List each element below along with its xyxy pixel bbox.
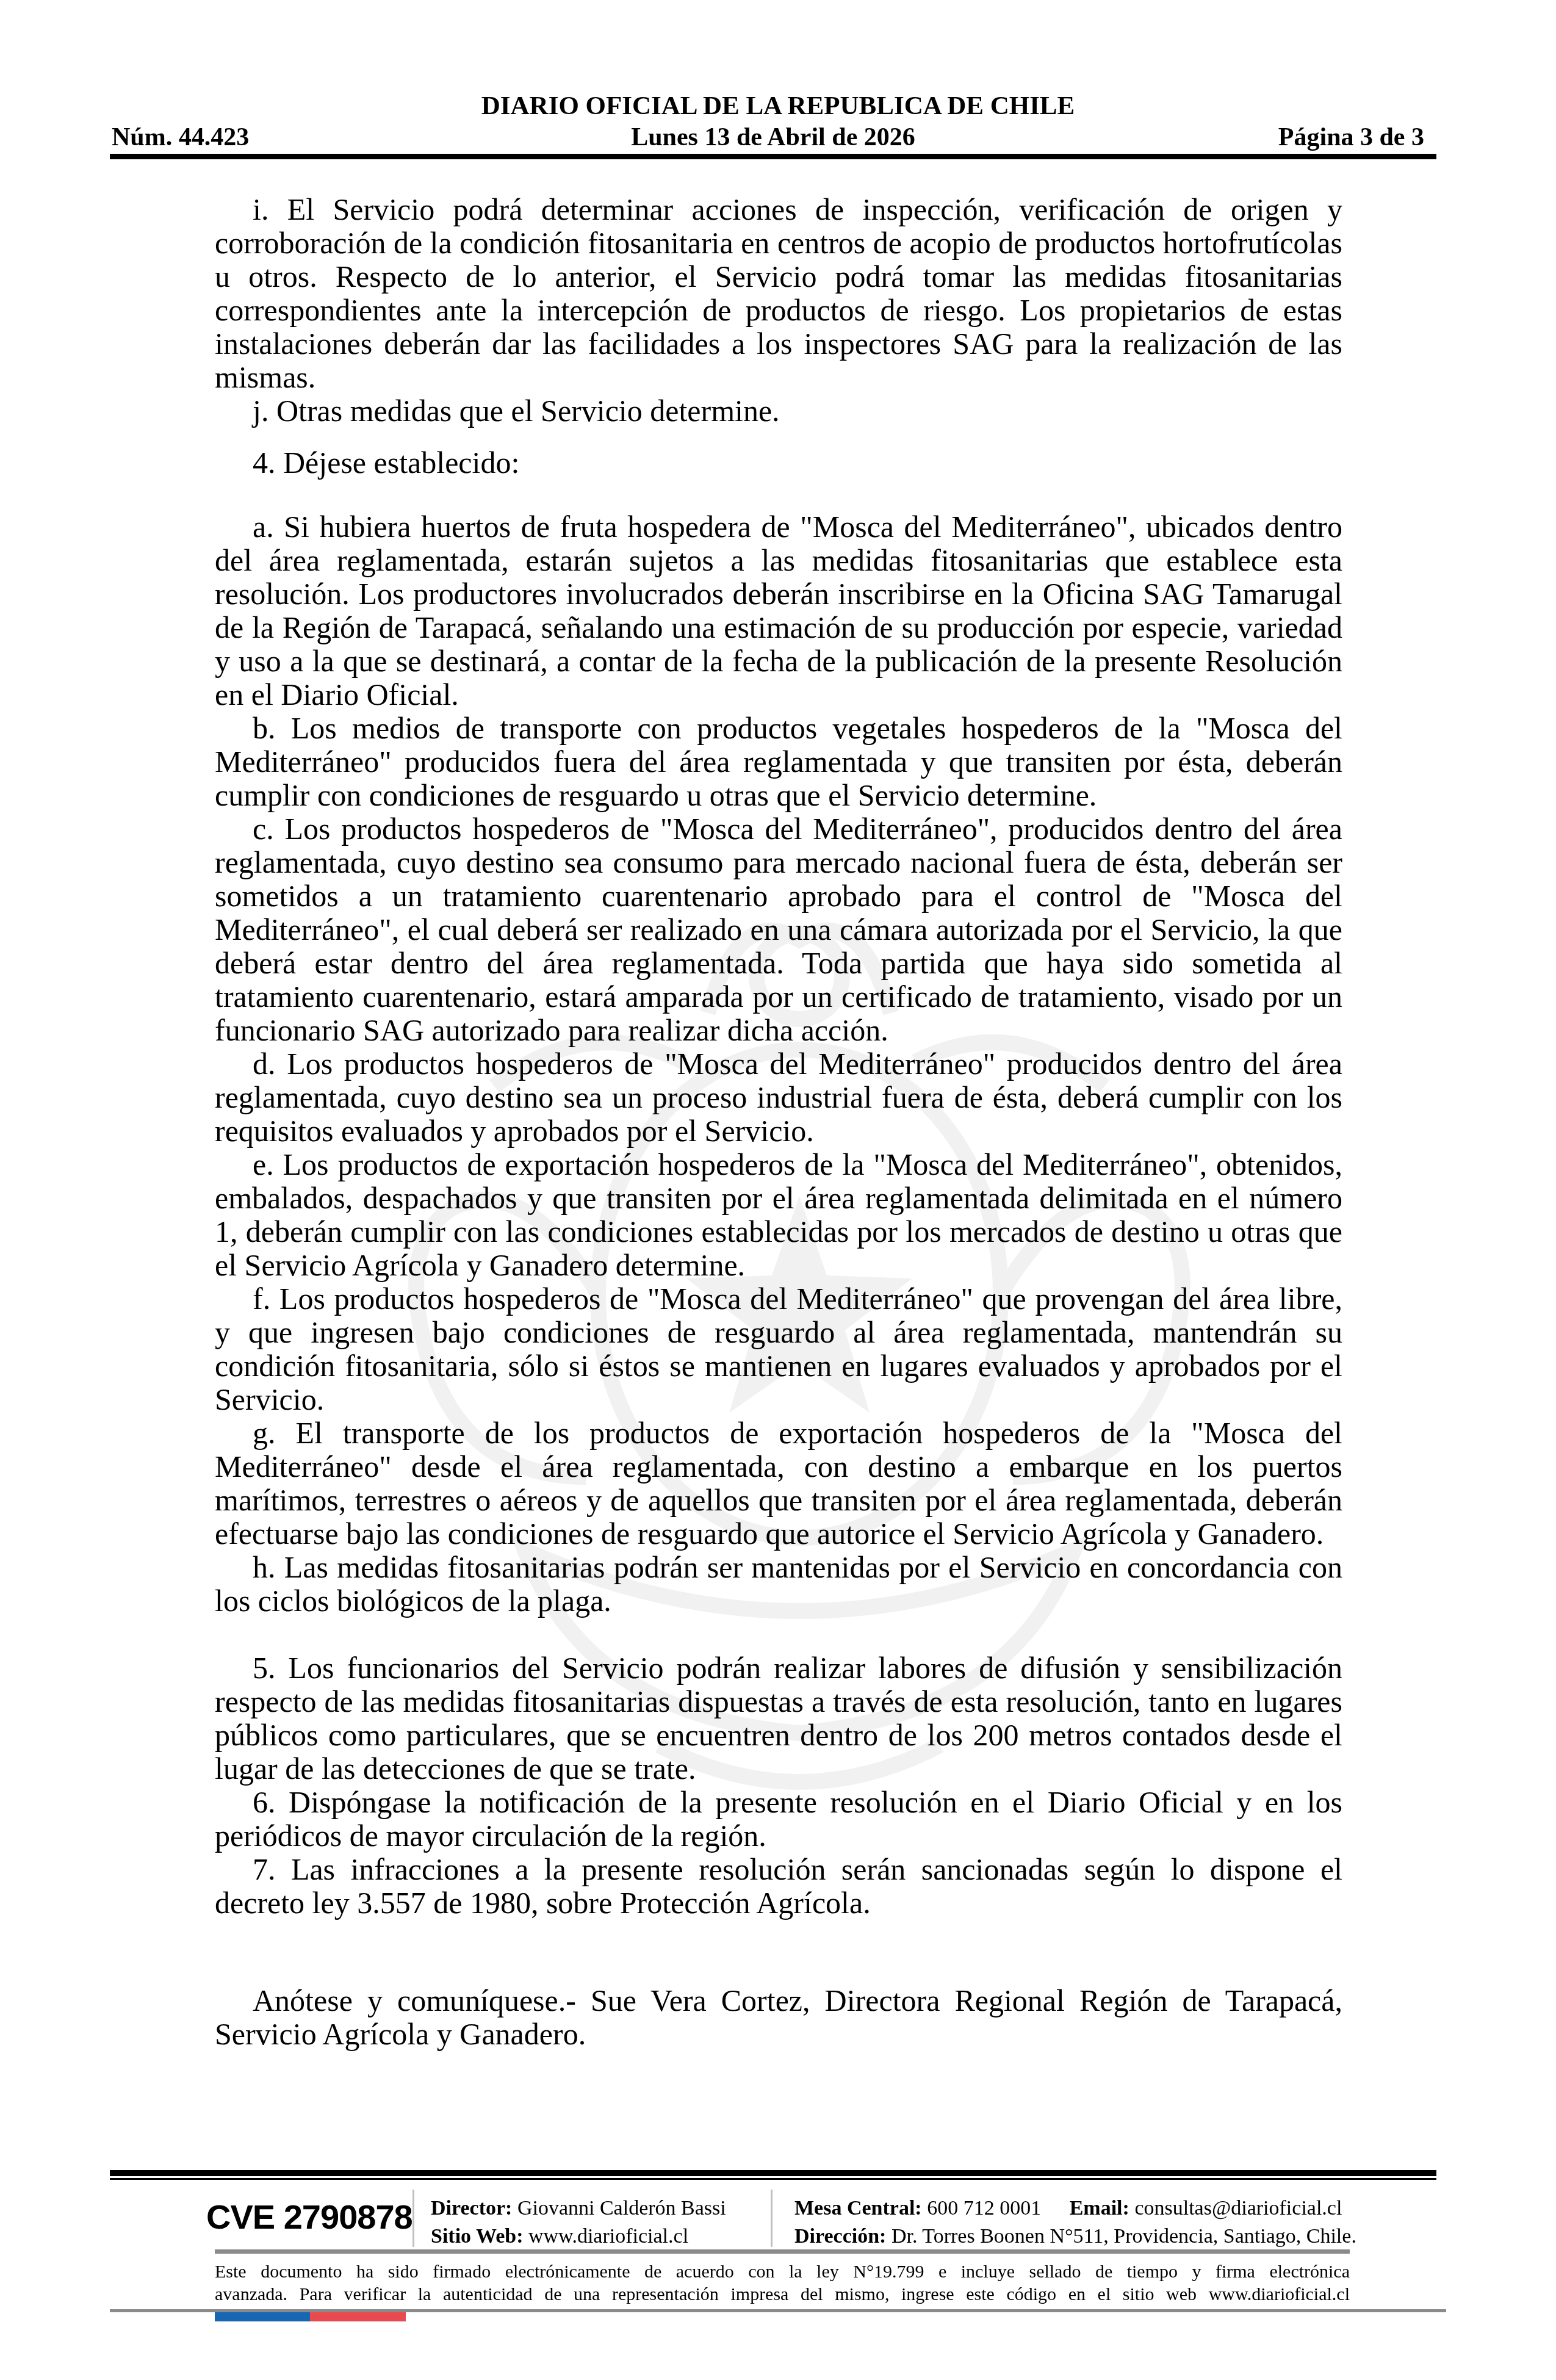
website-value: www.diarioficial.cl xyxy=(528,2225,688,2248)
cve-code: CVE 2790878 xyxy=(206,2197,412,2237)
paragraph-g: g. El transporte de los productos de exp… xyxy=(215,1416,1342,1551)
paragraph-b: b. Los medios de transporte con producto… xyxy=(215,712,1342,812)
paragraph-f: f. Los productos hospederos de "Mosca de… xyxy=(215,1282,1342,1416)
document-page: DIARIO OFICIAL DE LA REPUBLICA DE CHILE … xyxy=(0,0,1556,2380)
footer-director-block: Director: Giovanni Calderón Bassi Sitio … xyxy=(431,2194,726,2251)
legal-line: avanzada. Para verificar la autenticidad… xyxy=(215,2283,1350,2306)
phone-label: Mesa Central: xyxy=(794,2197,922,2220)
paragraph-i: i. El Servicio podrá determinar acciones… xyxy=(215,193,1342,394)
page-indicator: Página 3 de 3 xyxy=(1278,123,1424,152)
header-divider xyxy=(110,154,1436,159)
footer-top-bar xyxy=(110,2170,1436,2176)
footer-divider xyxy=(215,2249,1350,2254)
footer-top-bar-thin xyxy=(110,2178,1436,2180)
footer-contact-block: Mesa Central: 600 712 0001 Email: consul… xyxy=(794,2194,1356,2251)
address-value: Dr. Torres Boonen N°511, Providencia, Sa… xyxy=(891,2225,1356,2248)
director-line: Director: Giovanni Calderón Bassi xyxy=(431,2194,726,2223)
director-label: Director: xyxy=(431,2197,512,2220)
paragraph-num-6: 6. Dispóngase la notificación de la pres… xyxy=(215,1786,1342,1853)
gazette-title: DIARIO OFICIAL DE LA REPUBLICA DE CHILE xyxy=(0,92,1556,121)
director-value: Giovanni Calderón Bassi xyxy=(517,2197,726,2220)
phone-value: 600 712 0001 xyxy=(927,2197,1041,2220)
legal-notice: Este documento ha sido firmado electróni… xyxy=(215,2260,1350,2306)
paragraph-a: a. Si hubiera huertos de fruta hospedera… xyxy=(215,510,1342,712)
phone-email-line: Mesa Central: 600 712 0001 Email: consul… xyxy=(794,2194,1356,2223)
paragraph-c: c. Los productos hospederos de "Mosca de… xyxy=(215,812,1342,1047)
paragraph-num-5: 5. Los funcionarios del Servicio podrán … xyxy=(215,1651,1342,1786)
address-line: Dirección: Dr. Torres Boonen N°511, Prov… xyxy=(794,2223,1356,2251)
email-value: consultas@diarioficial.cl xyxy=(1134,2197,1342,2220)
legal-line: Este documento ha sido firmado electróni… xyxy=(215,2260,1350,2283)
website-line: Sitio Web: www.diarioficial.cl xyxy=(431,2223,726,2251)
paragraph-signature: Anótese y comuníquese.- Sue Vera Cortez,… xyxy=(215,1984,1342,2051)
email-label: Email: xyxy=(1070,2197,1129,2220)
issue-date: Lunes 13 de Abril de 2026 xyxy=(110,123,1436,152)
address-label: Dirección: xyxy=(794,2225,886,2248)
flag-blue-bar xyxy=(215,2312,310,2321)
footer-separator xyxy=(771,2190,773,2247)
paragraph-e: e. Los productos de exportación hospeder… xyxy=(215,1148,1342,1282)
header-meta-row: Núm. 44.423 Lunes 13 de Abril de 2026 Pá… xyxy=(110,123,1436,154)
paragraph-num-4: 4. Déjese establecido: xyxy=(215,446,1342,480)
paragraph-d: d. Los productos hospederos de "Mosca de… xyxy=(215,1047,1342,1148)
website-label: Sitio Web: xyxy=(431,2225,523,2248)
flag-red-bar xyxy=(310,2312,406,2321)
paragraph-j: j. Otras medidas que el Servicio determi… xyxy=(215,394,1342,428)
paragraph-num-7: 7. Las infracciones a la presente resolu… xyxy=(215,1853,1342,1920)
footer-separator xyxy=(412,2190,414,2247)
paragraph-h: h. Las medidas fitosanitarias podrán ser… xyxy=(215,1551,1342,1618)
resolution-text: i. El Servicio podrá determinar acciones… xyxy=(215,193,1342,2051)
